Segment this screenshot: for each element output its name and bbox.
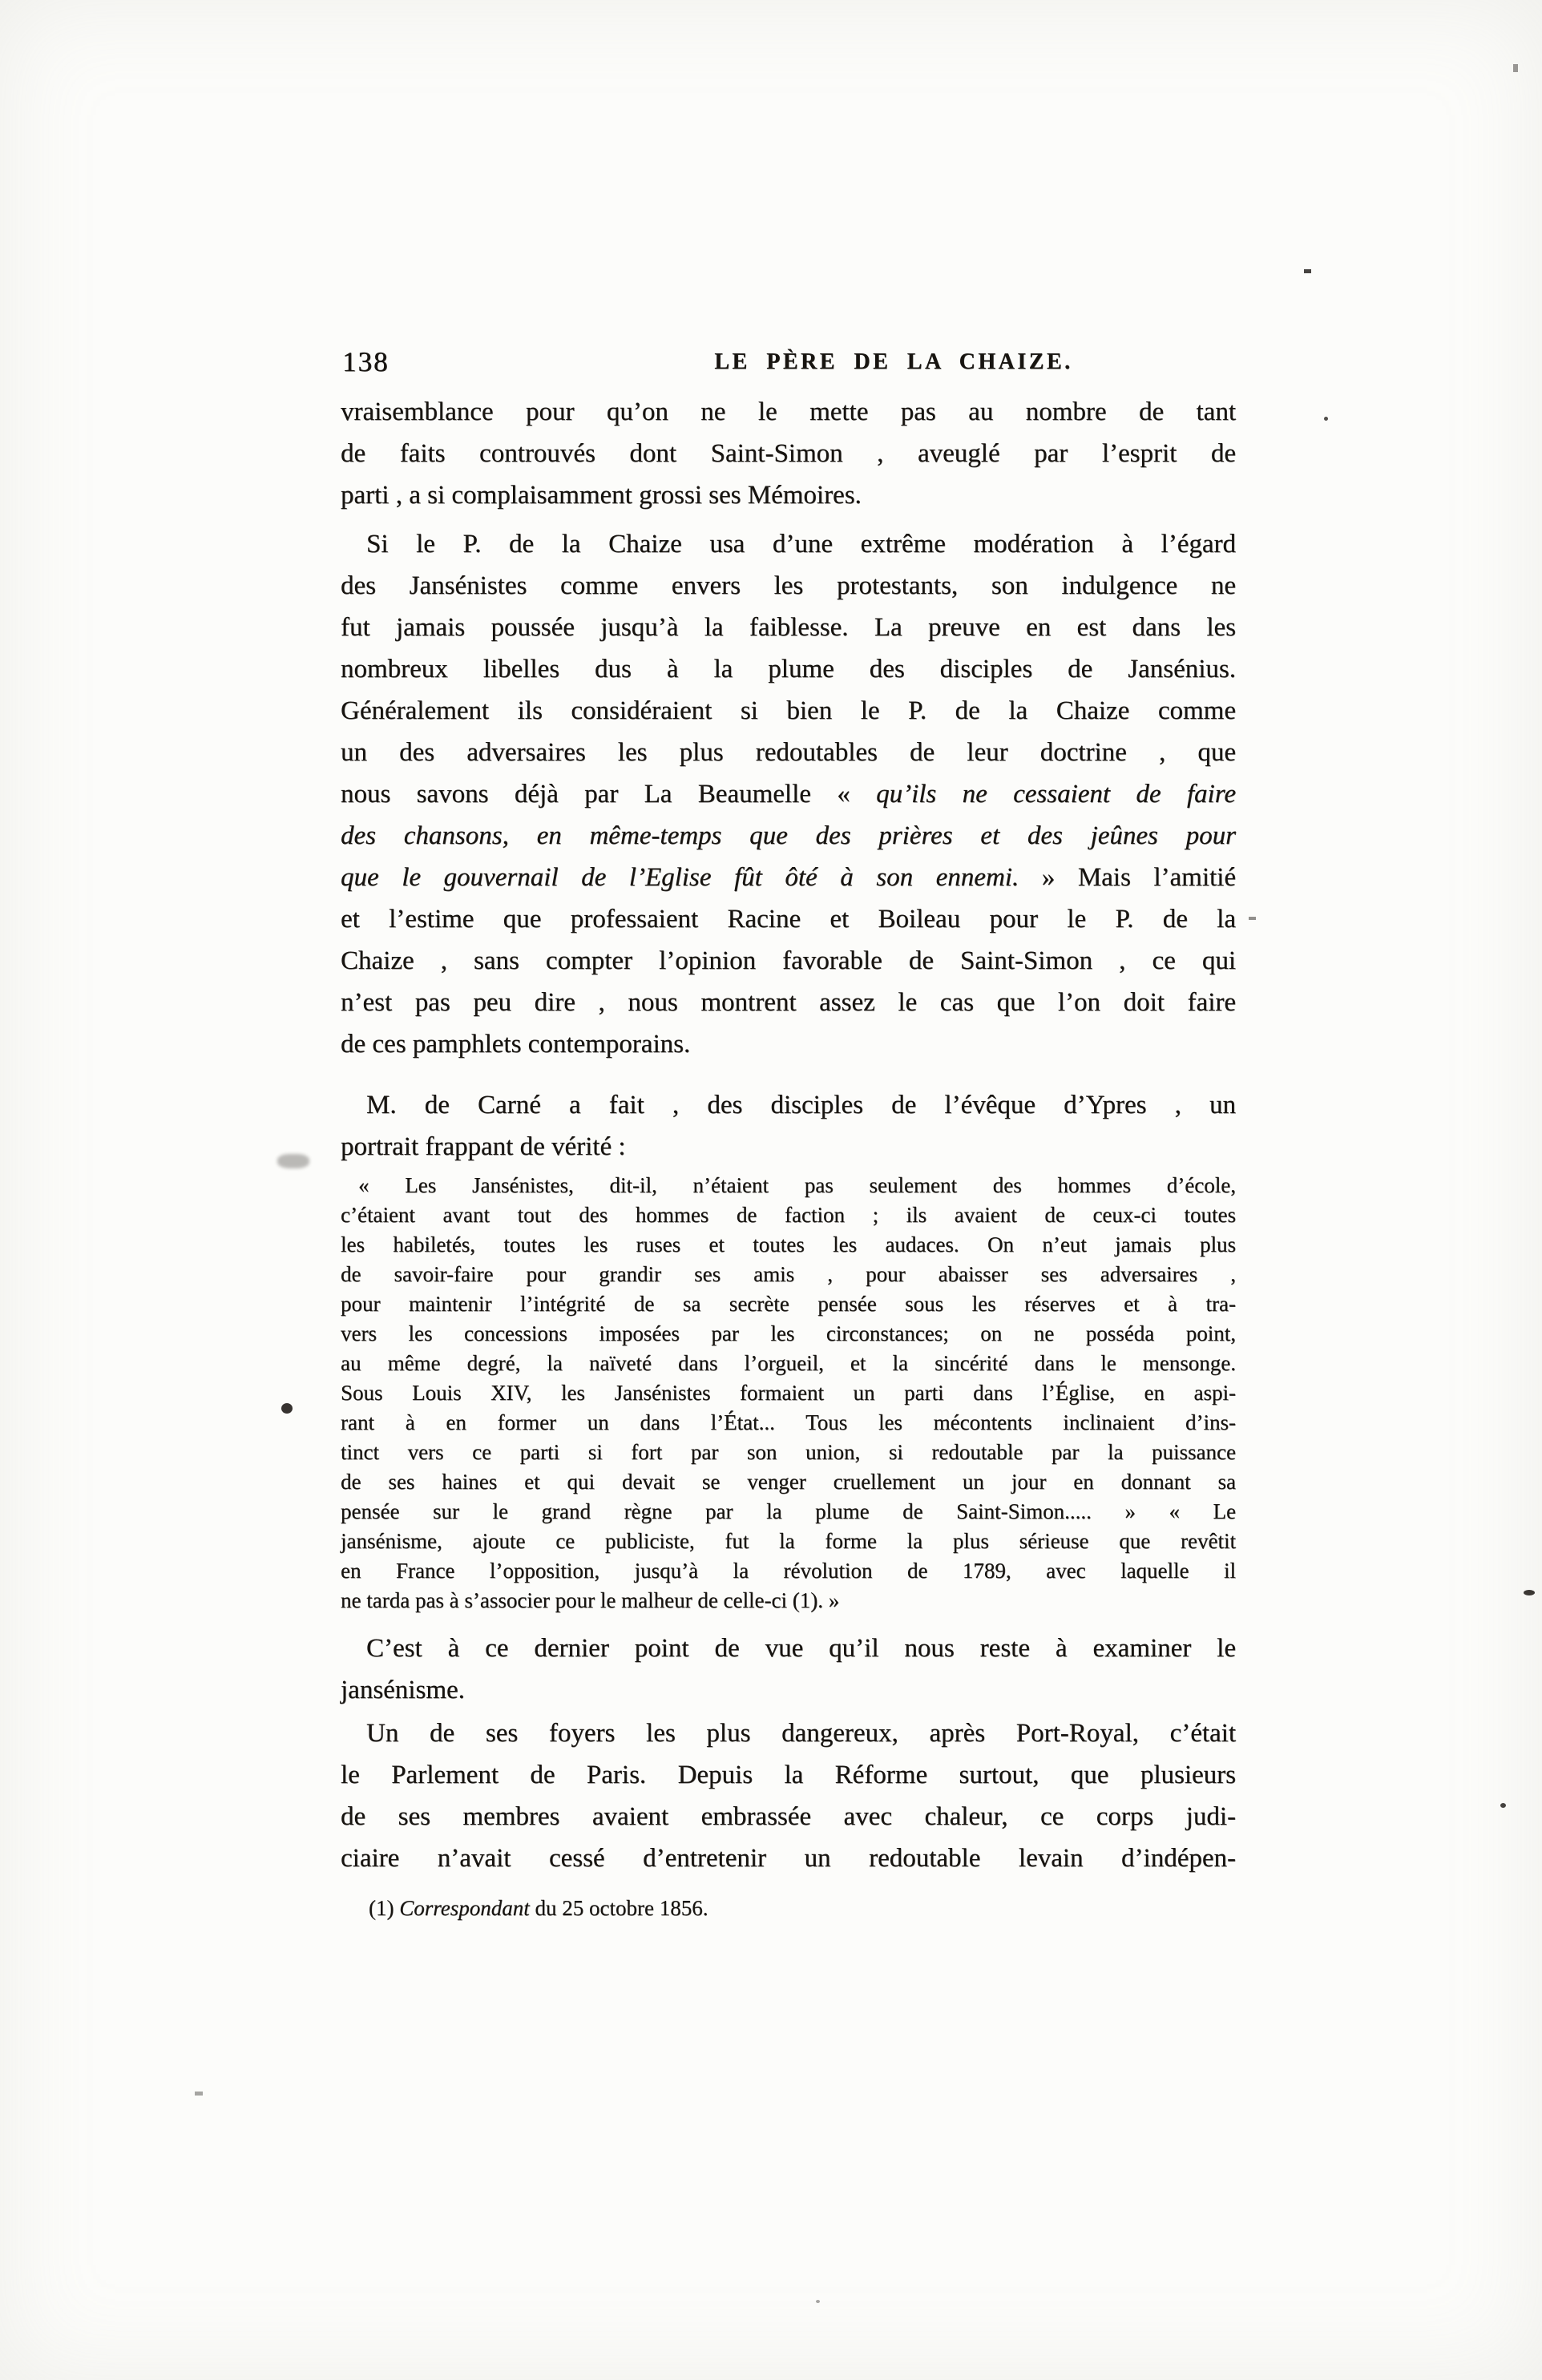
running-head: 138 LE PÈRE DE LA CHAIZE. [341, 346, 1236, 381]
text-segment: Sous Louis XIV, les Jansénistes formaien… [341, 1381, 1236, 1405]
text-segment: de savoir-faire pour grandir ses amis , … [341, 1262, 1236, 1286]
text-line: de faits controuvés dont Saint-Simon , a… [341, 433, 1236, 474]
text-segment: » Mais l’amitié [1019, 863, 1236, 892]
running-title: LE PÈRE DE LA CHAIZE. [533, 349, 1254, 375]
text-line: que le gouvernail de l’Eglise fût ôté à … [341, 857, 1236, 898]
text-segment: Un de ses foyers les plus dangereux, apr… [366, 1719, 1236, 1748]
text-line: au même degré, la naïveté dans l’orgueil… [341, 1349, 1236, 1378]
text-line: vraisemblance pour qu’on ne le mette pas… [341, 391, 1236, 433]
text-line: C’est à ce dernier point de vue qu’il no… [341, 1628, 1236, 1669]
text-segment: le Parlement de Paris. Depuis la Réforme… [341, 1761, 1236, 1789]
text-line: Généralement ils considéraient si bien l… [341, 690, 1236, 732]
text-segment: Si le P. de la Chaize usa d’une extrême … [366, 530, 1236, 559]
text-segment: ciaire n’avait cessé d’entretenir un red… [341, 1844, 1236, 1873]
text-segment: et l’estime que professaient Racine et B… [341, 905, 1236, 934]
ink-speck [1249, 917, 1256, 920]
text-line: ne tarda pas à s’associer pour le malheu… [341, 1586, 1236, 1616]
text-segment: M. de Carné a fait , des disciples de l’… [366, 1091, 1236, 1119]
text-segment: jansénisme. [341, 1676, 465, 1704]
text-line: Chaize , sans compter l’opinion favorabl… [341, 940, 1236, 982]
text-line: des Jansénistes comme envers les protest… [341, 565, 1236, 607]
italic-text-segment: des chansons, en même-temps que des priè… [341, 821, 1236, 850]
text-line: nous savons déjà par La Beaumelle « qu’i… [341, 773, 1236, 815]
text-segment: vers les concessions imposées par les ci… [341, 1321, 1236, 1345]
text-segment: ne tarda pas à s’associer pour le malheu… [341, 1588, 839, 1612]
ink-speck [816, 2300, 820, 2303]
text-line: des chansons, en même-temps que des priè… [341, 815, 1236, 857]
text-line: le Parlement de Paris. Depuis la Réforme… [341, 1754, 1236, 1796]
text-segment: de ses haines et qui devait se venger cr… [341, 1470, 1236, 1494]
text-segment: pensée sur le grand règne par la plume d… [341, 1499, 1236, 1523]
text-line: vers les concessions imposées par les ci… [341, 1319, 1236, 1349]
ink-speck [1524, 1590, 1535, 1595]
text-segment: jansénisme, ajoute ce publiciste, fut la… [341, 1529, 1236, 1553]
text-segment: parti , a si complaisamment grossi ses M… [341, 481, 862, 510]
ink-speck [1324, 417, 1328, 421]
text-line: M. de Carné a fait , des disciples de l’… [341, 1084, 1236, 1126]
text-line: c’étaient avant tout des hommes de facti… [341, 1200, 1236, 1230]
text-line: un des adversaires les plus redoutables … [341, 732, 1236, 773]
text-line: ciaire n’avait cessé d’entretenir un red… [341, 1837, 1236, 1879]
text-line: de savoir-faire pour grandir ses amis , … [341, 1260, 1236, 1289]
text-segment: de ses membres avaient embrassée avec ch… [341, 1802, 1236, 1831]
scanned-book-page: 138 LE PÈRE DE LA CHAIZE. vraisemblance … [0, 0, 1542, 2380]
text-segment: n’est pas peu dire , nous montrent assez… [341, 988, 1236, 1017]
text-segment: un des adversaires les plus redoutables … [341, 738, 1236, 767]
ink-speck [1500, 1803, 1506, 1808]
page-number: 138 [342, 346, 390, 378]
ink-speck [195, 2092, 203, 2096]
text-segment: de faits controuvés dont Saint-Simon , a… [341, 439, 1236, 468]
ink-speck [1513, 64, 1518, 72]
ink-speck [281, 1403, 293, 1414]
text-line: jansénisme, ajoute ce publiciste, fut la… [341, 1527, 1236, 1556]
paragraph: vraisemblance pour qu’on ne le mette pas… [341, 391, 1236, 516]
text-segment: vraisemblance pour qu’on ne le mette pas… [341, 397, 1236, 426]
footnote: (1) Correspondant du 25 octobre 1856. [341, 1894, 1236, 1922]
text-line: Un de ses foyers les plus dangereux, apr… [341, 1712, 1236, 1754]
text-segment: rant à en former un dans l’État... Tous … [341, 1410, 1236, 1434]
text-segment: Chaize , sans compter l’opinion favorabl… [341, 946, 1236, 975]
italic-text-segment: que le gouvernail de l’Eglise fût ôté à … [341, 863, 1019, 892]
text-segment: de ces pamphlets contemporains. [341, 1030, 690, 1059]
paragraph: M. de Carné a fait , des disciples de l’… [341, 1084, 1236, 1168]
text-line: portrait frappant de vérité : [341, 1126, 1236, 1168]
text-segment: des Jansénistes comme envers les protest… [341, 571, 1236, 600]
text-line: pour maintenir l’intégrité de sa secrète… [341, 1289, 1236, 1319]
text-segment: les habiletés, toutes les ruses et toute… [341, 1232, 1236, 1257]
block-quote: « Les Jansénistes, dit-il, n’étaient pas… [341, 1171, 1236, 1616]
text-segment: au même degré, la naïveté dans l’orgueil… [341, 1351, 1236, 1375]
text-segment: nous savons déjà par La Beaumelle « [341, 780, 876, 809]
text-line: Sous Louis XIV, les Jansénistes formaien… [341, 1378, 1236, 1408]
text-segment: pour maintenir l’intégrité de sa secrète… [341, 1292, 1236, 1316]
text-line: Si le P. de la Chaize usa d’une extrême … [341, 523, 1236, 565]
text-segment: portrait frappant de vérité : [341, 1132, 626, 1161]
text-line: pensée sur le grand règne par la plume d… [341, 1497, 1236, 1527]
text-line: tinct vers ce parti si fort par son unio… [341, 1438, 1236, 1467]
italic-text-segment: qu’ils ne cessaient de faire [876, 780, 1236, 809]
text-line: de ces pamphlets contemporains. [341, 1023, 1236, 1065]
text-line: les habiletés, toutes les ruses et toute… [341, 1230, 1236, 1260]
text-line: jansénisme. [341, 1669, 1236, 1711]
footnote-marker: (1) [369, 1896, 399, 1920]
paragraph: C’est à ce dernier point de vue qu’il no… [341, 1628, 1236, 1711]
text-line: rant à en former un dans l’État... Tous … [341, 1408, 1236, 1438]
text-line: fut jamais poussée jusqu’à la faiblesse.… [341, 607, 1236, 648]
footnote-tail: du 25 octobre 1856. [530, 1896, 708, 1920]
text-line: « Les Jansénistes, dit-il, n’étaient pas… [341, 1171, 1236, 1200]
text-segment: tinct vers ce parti si fort par son unio… [341, 1440, 1236, 1464]
text-line: et l’estime que professaient Racine et B… [341, 898, 1236, 940]
text-line: de ses membres avaient embrassée avec ch… [341, 1796, 1236, 1837]
text-segment: en France l’opposition, jusqu’à la révol… [341, 1559, 1236, 1583]
text-line: parti , a si complaisamment grossi ses M… [341, 474, 1236, 516]
paragraph: Si le P. de la Chaize usa d’une extrême … [341, 523, 1236, 1065]
text-line: de ses haines et qui devait se venger cr… [341, 1467, 1236, 1497]
text-line: en France l’opposition, jusqu’à la révol… [341, 1556, 1236, 1586]
text-line: nombreux libelles dus à la plume des dis… [341, 648, 1236, 690]
text-segment: nombreux libelles dus à la plume des dis… [341, 655, 1236, 684]
text-segment: c’étaient avant tout des hommes de facti… [341, 1203, 1236, 1227]
ink-smudge [277, 1154, 309, 1168]
text-segment: « Les Jansénistes, dit-il, n’étaient pas… [358, 1173, 1236, 1197]
text-segment: Généralement ils considéraient si bien l… [341, 696, 1236, 725]
footnote-source: Correspondant [399, 1896, 530, 1920]
text-segment: C’est à ce dernier point de vue qu’il no… [366, 1634, 1236, 1663]
paragraph: Un de ses foyers les plus dangereux, apr… [341, 1712, 1236, 1879]
text-block: vraisemblance pour qu’on ne le mette pas… [341, 391, 1236, 1879]
text-line: n’est pas peu dire , nous montrent assez… [341, 982, 1236, 1023]
ink-speck [1304, 269, 1311, 273]
text-segment: fut jamais poussée jusqu’à la faiblesse.… [341, 613, 1236, 642]
